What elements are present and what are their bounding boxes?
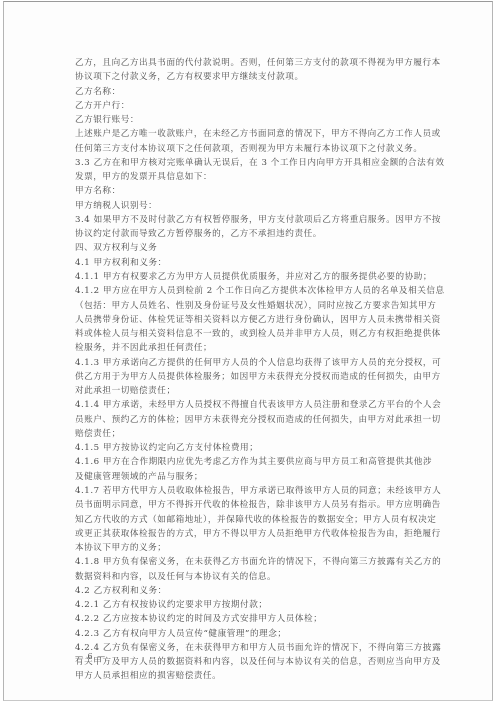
document-page: 乙方，且向乙方出具书面的代付款说明。否则，任何第三方支付的款项不得视为甲方履行本… <box>3 1 493 701</box>
clause-4-1-heading: 4.1 甲方权利和义务： <box>75 256 435 270</box>
clause-4-1-8: 4.1.8 甲方负有保密义务，在未获得乙方书面允许的情况下，不得向第三方披露有关… <box>75 555 435 569</box>
clause-4-1-6: 4.1.6 甲方在合作期限内应优先考虑乙方作为其主要供应商与甲方员工和高管提供其… <box>75 455 435 469</box>
clause-4-2-3: 4.2.3 乙方有权向甲方人员宣传“健康管理”的理念； <box>75 627 435 641</box>
clause-4-2-heading: 4.2 乙方权利和义务： <box>75 584 435 598</box>
party-a-tax-id-label: 甲方纳税人识别号： <box>75 199 435 213</box>
text-line: 检服务，并不因此承担任何责任； <box>75 341 435 355</box>
text-line: 或更正其获取体检报告的方式，甲方不得以甲方人员拒绝甲方代收体检报告为由，拒绝履行 <box>75 527 435 541</box>
party-b-account-label: 乙方银行账号： <box>75 113 435 127</box>
text-line: 发票，甲方的发票开具信息如下： <box>75 170 435 184</box>
section-heading-4: 四、双方权利与义务 <box>75 241 435 255</box>
text-line: 数据资料和内容，以及任何与本协议有关的信息。 <box>75 570 435 584</box>
party-b-name-label: 乙方名称： <box>75 85 435 99</box>
text-line: 知乙方代收的方式（如邮箱地址），并保障代收的体检报告的数据安全；甲方人员有权决定 <box>75 513 435 527</box>
text-line: 上述账户是乙方唯一收款账户，在未经乙方书面同意的情况下，甲方不得向乙方工作人员或 <box>75 127 435 141</box>
text-line: 及健康管理领域的产品与服务； <box>75 470 435 484</box>
text-line: 协议项下之付款义务，乙方有权要求甲方继续支付款项。 <box>75 70 435 84</box>
text-line: 料或体检人员与相关资料信息不一致的，或到检人员并非甲方人员，则乙方有权拒绝提供体 <box>75 327 435 341</box>
clause-3-3: 3.3 乙方在和甲方核对完账单确认无误后，在 3 个工作日内向甲方开具相应金额的… <box>75 156 435 170</box>
clause-4-1-7: 4.1.7 若甲方代甲方人员收取体检报告，甲方承诺已取得该甲方人员的同意；未经该… <box>75 484 435 498</box>
text-line: 甲方人员承担相应的损害赔偿责任。 <box>75 669 435 683</box>
clause-4-1-5: 4.1.5 甲方按协议约定向乙方支付体检费用； <box>75 441 435 455</box>
document-body: 乙方，且向乙方出具书面的代付款说明。否则，任何第三方支付的款项不得视为甲方履行本… <box>75 56 435 684</box>
party-b-bank-label: 乙方开户行： <box>75 99 435 113</box>
text-line: （包括：甲方人员姓名、性别及身份证号及女性婚姻状况），同时应按乙方要求告知其甲方 <box>75 299 435 313</box>
text-line: 协议约定付款而导致乙方暂停服务的，乙方不承担违约责任。 <box>75 227 435 241</box>
clause-4-1-3: 4.1.3 甲方承诺向乙方提供的任何甲方人员的个人信息均获得了该甲方人员的充分授… <box>75 356 435 370</box>
text-line: 人员携带身份证、体检凭证等相关资料以方便乙方进行身份确认，因甲方人员未携带相关资 <box>75 313 435 327</box>
text-line: 员账户、预约乙方的体检；因甲方未获得充分授权而造成的任何损失，由甲方对此承担一切 <box>75 413 435 427</box>
clause-4-2-2: 4.2.2 乙方应按本协议约定的时间及方式安排甲方人员体检； <box>75 612 435 626</box>
text-line: 赔偿责任； <box>75 427 435 441</box>
clause-4-1-2: 4.1.2 甲方应在甲方人员到检前 2 个工作日向乙方提供本次体检甲方人员的名单… <box>75 284 435 298</box>
clause-4-1-1: 4.1.1 甲方有权要求乙方为甲方人员提供优质服务，并应对乙方的服务提供必要的协… <box>75 270 435 284</box>
text-line: 供乙方用于为甲方人员提供体检服务；如因甲方未获得充分授权而造成的任何损失，由甲方 <box>75 370 435 384</box>
clause-4-2-1: 4.2.1 乙方有权按协议约定要求甲方按期付款； <box>75 598 435 612</box>
clause-4-2-4: 4.2.4 乙方负有保密义务，在未获得甲方和甲方人员书面允许的情况下，不得向第三… <box>75 641 435 655</box>
text-line: 对此承担一切赔偿责任； <box>75 384 435 398</box>
text-line: 有关甲方及甲方人员的数据资料和内容，以及任何与本协议有关的信息，否则应当向甲方及 <box>75 655 435 669</box>
text-line: 任何第三方支付本协议项下之任何款项，否则视为甲方未履行本协议项下之付款义务。 <box>75 142 435 156</box>
clause-3-4: 3.4 如果甲方不及时付款乙方有权暂停服务，甲方支付款项后乙方将重启服务。因甲方… <box>75 213 435 227</box>
party-a-name-label: 甲方名称： <box>75 184 435 198</box>
clause-4-1-4: 4.1.4 甲方承诺，未经甲方人员授权不得擅自代表该甲方人员注册和登录乙方平台的… <box>75 398 435 412</box>
text-line: 员书面明示同意，甲方不得拆开代收的体检报告，除非该甲方人员另有指示。甲方应明确告 <box>75 498 435 512</box>
page-number: — 6 — <box>75 652 106 661</box>
text-line: 乙方，且向乙方出具书面的代付款说明。否则，任何第三方支付的款项不得视为甲方履行本 <box>75 56 435 70</box>
text-line: 本协议下甲方的义务； <box>75 541 435 555</box>
